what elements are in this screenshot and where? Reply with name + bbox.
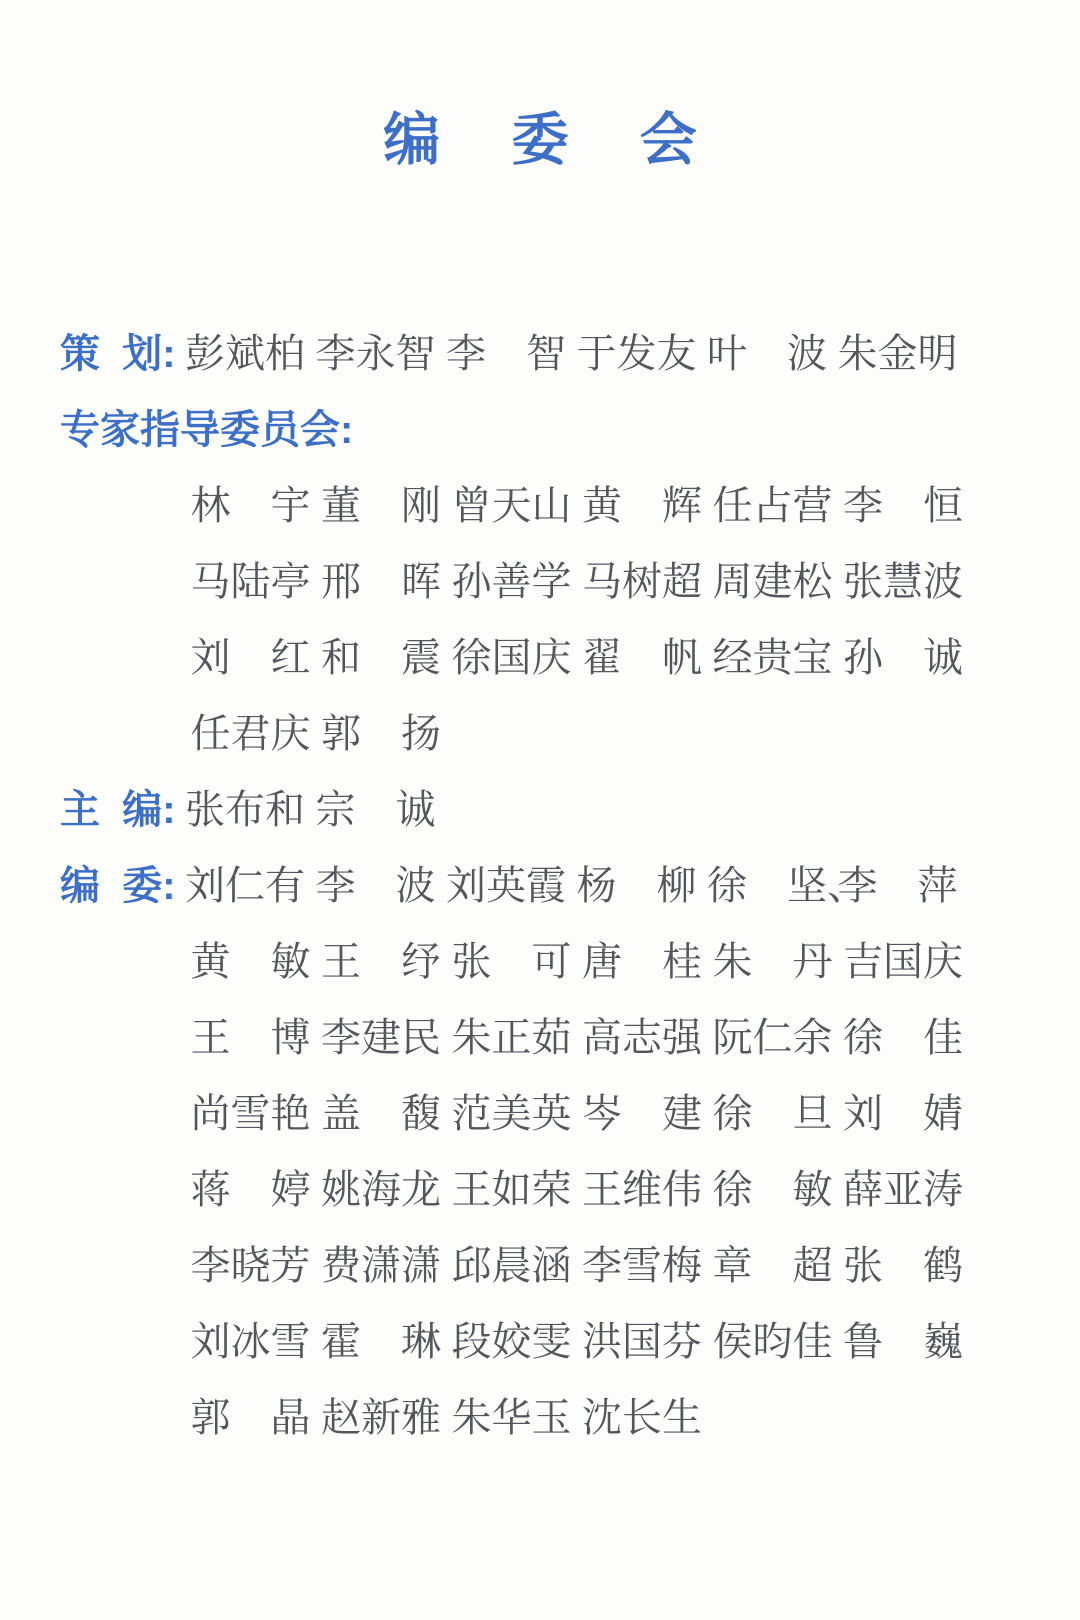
names-row: 尚雪艳盖 馥范美英岑 建徐 旦刘 婧 <box>0 1090 1080 1138</box>
person-name: 沈长生 <box>582 1394 713 1442</box>
names-grid: 张布和宗 诚 <box>185 786 1080 834</box>
person-name: 赵新雅 <box>321 1394 452 1442</box>
person-name: 徐 敏 <box>713 1166 844 1214</box>
person-name: 岑 建 <box>582 1090 713 1138</box>
person-name: 李 恒 <box>843 482 974 530</box>
person-name: 杨 柳 <box>577 862 708 910</box>
names-grid: 尚雪艳盖 馥范美英岑 建徐 旦刘 婧 <box>191 1090 322 1138</box>
person-name: 盖 馥 <box>321 1090 452 1138</box>
person-name: 宗 诚 <box>316 786 447 834</box>
names-grid: 王 博李建民朱正茹高志强阮仁余徐 佳 <box>191 1014 322 1062</box>
section-label: 编 委: <box>60 862 185 910</box>
names-row: 郭 晶赵新雅朱华玉沈长生 <box>0 1394 1080 1442</box>
labeled-names-row: 策 划:彭斌柏李永智李 智于发友叶 波朱金明 <box>0 330 1080 378</box>
names-grid: 彭斌柏李永智李 智于发友叶 波朱金明 <box>185 330 1080 378</box>
person-name: 刘冰雪 <box>191 1318 322 1366</box>
person-name: 霍 琳 <box>321 1318 452 1366</box>
person-name: 蒋 婷 <box>191 1166 322 1214</box>
person-name: 徐 佳 <box>843 1014 974 1062</box>
person-name: 徐国庆 <box>452 634 583 682</box>
person-name: 阮仁余 <box>713 1014 844 1062</box>
person-name: 经贵宝 <box>713 634 844 682</box>
person-name: 范美英 <box>452 1090 583 1138</box>
person-name: 徐 旦 <box>713 1090 844 1138</box>
person-name: 郭 扬 <box>321 710 452 758</box>
person-name: 李永智 <box>316 330 447 378</box>
person-name: 李 波 <box>316 862 447 910</box>
person-name: 马陆亭 <box>191 558 322 606</box>
names-grid: 任君庆郭 扬 <box>191 710 322 758</box>
person-name: 和 震 <box>321 634 452 682</box>
names-grid: 郭 晶赵新雅朱华玉沈长生 <box>191 1394 322 1442</box>
names-grid: 马陆亭邢 晖孙善学马树超周建松张慧波 <box>191 558 322 606</box>
person-name: 张慧波 <box>843 558 974 606</box>
names-row: 蒋 婷姚海龙王如荣王维伟徐 敏薛亚涛 <box>0 1166 1080 1214</box>
person-name: 翟 帆 <box>582 634 713 682</box>
person-name: 鲁 巍 <box>843 1318 974 1366</box>
person-name: 段姣雯 <box>452 1318 583 1366</box>
person-name: 朱华玉 <box>452 1394 583 1442</box>
person-name: 周建松 <box>713 558 844 606</box>
section-label: 主 编: <box>60 786 185 834</box>
names-row: 任君庆郭 扬 <box>0 710 1080 758</box>
names-row: 马陆亭邢 晖孙善学马树超周建松张慧波 <box>0 558 1080 606</box>
person-name: 李 萍 <box>838 862 969 910</box>
person-name: 孙 诚 <box>843 634 974 682</box>
person-name: 彭斌柏 <box>185 330 316 378</box>
person-name: 叶 波 <box>707 330 838 378</box>
names-row: 王 博李建民朱正茹高志强阮仁余徐 佳 <box>0 1014 1080 1062</box>
person-name: 张 可 <box>452 938 583 986</box>
person-name: 朱正茹 <box>452 1014 583 1062</box>
person-name: 刘英霞 <box>446 862 577 910</box>
person-name: 唐 桂 <box>582 938 713 986</box>
person-name: 曾天山 <box>452 482 583 530</box>
person-name: 董 刚 <box>321 482 452 530</box>
section-label: 策 划: <box>60 330 185 378</box>
names-grid: 林 宇董 刚曾天山黄 辉任占营李 恒 <box>191 482 322 530</box>
person-name: 朱金明 <box>838 330 969 378</box>
names-grid: 李晓芳费潇潇邱晨涵李雪梅章 超张 鹤 <box>191 1242 322 1290</box>
names-row: 刘冰雪霍 琳段姣雯洪国芬侯昀佳鲁 巍 <box>0 1318 1080 1366</box>
person-name: 高志强 <box>582 1014 713 1062</box>
rows-container: 策 划:彭斌柏李永智李 智于发友叶 波朱金明专家指导委员会:林 宇董 刚曾天山黄… <box>0 330 1080 1442</box>
names-grid: 黄 敏王 纾张 可唐 桂朱 丹吉国庆 <box>191 938 322 986</box>
person-name: 孙善学 <box>452 558 583 606</box>
person-name: 李建民 <box>321 1014 452 1062</box>
person-name: 尚雪艳 <box>191 1090 322 1138</box>
section-label: 专家指导委员会: <box>60 406 353 454</box>
person-name: 薛亚涛 <box>843 1166 974 1214</box>
person-name: 费潇潇 <box>321 1242 452 1290</box>
person-name: 李 智 <box>446 330 577 378</box>
names-row: 林 宇董 刚曾天山黄 辉任占营李 恒 <box>0 482 1080 530</box>
names-row: 刘 红和 震徐国庆翟 帆经贵宝孙 诚 <box>0 634 1080 682</box>
person-name: 任君庆 <box>191 710 322 758</box>
person-name: 章 超 <box>713 1242 844 1290</box>
person-name: 邱晨涵 <box>452 1242 583 1290</box>
person-name: 刘 红 <box>191 634 322 682</box>
person-name: 徐 坚、 <box>707 862 838 910</box>
person-name: 黄 敏 <box>191 938 322 986</box>
person-name: 王如荣 <box>452 1166 583 1214</box>
person-name: 林 宇 <box>191 482 322 530</box>
labeled-names-row: 编 委:刘仁有李 波刘英霞杨 柳徐 坚、李 萍 <box>0 862 1080 910</box>
person-name: 王 博 <box>191 1014 322 1062</box>
person-name: 朱 丹 <box>713 938 844 986</box>
person-name: 于发友 <box>577 330 708 378</box>
person-name: 张布和 <box>185 786 316 834</box>
names-grid: 蒋 婷姚海龙王如荣王维伟徐 敏薛亚涛 <box>191 1166 322 1214</box>
editorial-board-page: 编委会 策 划:彭斌柏李永智李 智于发友叶 波朱金明专家指导委员会:林 宇董 刚… <box>0 0 1080 1620</box>
person-name: 王维伟 <box>582 1166 713 1214</box>
person-name: 马树超 <box>582 558 713 606</box>
page-title: 编委会 <box>0 108 1080 174</box>
person-name: 刘仁有 <box>185 862 316 910</box>
person-name: 王 纾 <box>321 938 452 986</box>
person-name: 李雪梅 <box>582 1242 713 1290</box>
person-name: 张 鹤 <box>843 1242 974 1290</box>
section-label-row: 专家指导委员会: <box>0 406 1080 454</box>
labeled-names-row: 主 编:张布和宗 诚 <box>0 786 1080 834</box>
person-name: 李晓芳 <box>191 1242 322 1290</box>
person-name: 吉国庆 <box>843 938 974 986</box>
names-row: 黄 敏王 纾张 可唐 桂朱 丹吉国庆 <box>0 938 1080 986</box>
names-grid: 刘 红和 震徐国庆翟 帆经贵宝孙 诚 <box>191 634 322 682</box>
names-row: 李晓芳费潇潇邱晨涵李雪梅章 超张 鹤 <box>0 1242 1080 1290</box>
names-grid: 刘冰雪霍 琳段姣雯洪国芬侯昀佳鲁 巍 <box>191 1318 322 1366</box>
person-name: 刘 婧 <box>843 1090 974 1138</box>
person-name: 邢 晖 <box>321 558 452 606</box>
person-name: 姚海龙 <box>321 1166 452 1214</box>
person-name: 洪国芬 <box>582 1318 713 1366</box>
person-name: 黄 辉 <box>582 482 713 530</box>
names-grid: 刘仁有李 波刘英霞杨 柳徐 坚、李 萍 <box>185 862 1080 910</box>
person-name: 侯昀佳 <box>713 1318 844 1366</box>
person-name: 郭 晶 <box>191 1394 322 1442</box>
person-name: 任占营 <box>713 482 844 530</box>
